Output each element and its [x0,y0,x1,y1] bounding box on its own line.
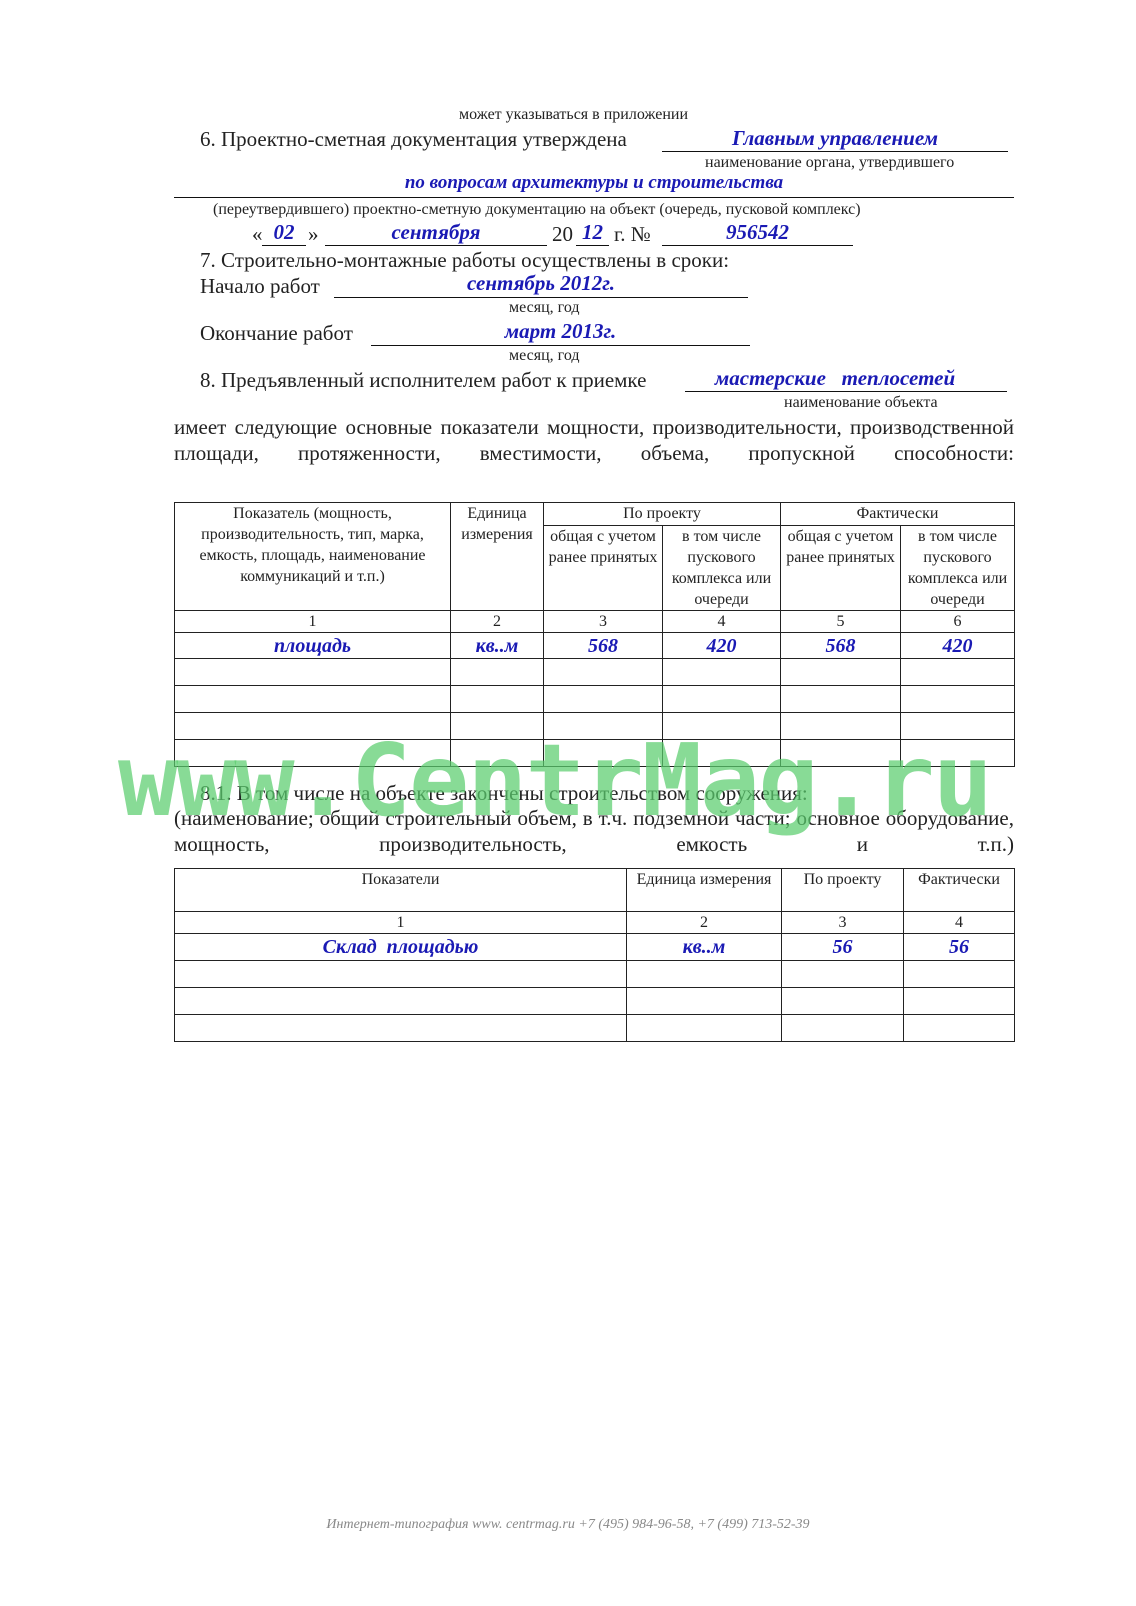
cell[interactable] [451,686,544,713]
header-project-incl: в том числе пускового комплекса или очер… [663,526,781,611]
cell[interactable] [901,659,1015,686]
col-num: 3 [544,611,663,633]
approver-hint-1: наименование органа, утвердившего [705,154,954,172]
cell[interactable] [663,686,781,713]
cell[interactable]: 420 [663,633,781,659]
cell[interactable] [782,1015,904,1042]
object-line [685,391,1007,392]
cell[interactable] [175,961,627,988]
month-field[interactable]: сентября [325,220,547,245]
end-date-field[interactable]: март 2013г. [371,319,750,344]
section-8-1-paragraph: (наименование; общий строительный объем,… [174,806,1014,857]
table-row [175,740,1015,767]
year-line [576,245,609,246]
start-label: Начало работ [200,274,320,299]
day-line [262,245,306,246]
capacity-indicators-table: Показатель (мощность, производительность… [174,502,1015,767]
cell[interactable] [175,659,451,686]
table-row [175,1015,1015,1042]
cell[interactable] [175,740,451,767]
object-hint: наименование объекта [784,394,938,412]
cell[interactable]: 568 [544,633,663,659]
cell[interactable] [544,659,663,686]
header-by-project: По проекту [544,503,781,526]
header-project-total: общая с учетом ранее принятых [544,526,663,611]
section-6-label: 6. Проектно-сметная документация утвержд… [200,127,627,152]
table-row [175,961,1015,988]
cell[interactable] [627,961,782,988]
cell[interactable] [175,686,451,713]
header-unit: Единица измерения [627,869,782,912]
cell[interactable] [663,740,781,767]
year-field[interactable]: 12 [576,220,609,245]
day-field[interactable]: 02 [262,220,306,245]
cell[interactable]: 56 [904,934,1015,961]
approver-line-2 [174,197,1014,198]
cell[interactable] [901,740,1015,767]
cell[interactable] [175,988,627,1015]
start-hint: месяц, год [509,299,580,317]
cell[interactable] [781,713,901,740]
header-actual-incl: в том числе пускового комплекса или очер… [901,526,1015,611]
col-num: 4 [663,611,781,633]
cell[interactable] [782,988,904,1015]
table-row [175,686,1015,713]
number-label: г. № [614,222,651,247]
table-row [175,713,1015,740]
header-actual: Фактически [904,869,1015,912]
end-label: Окончание работ [200,321,353,346]
approver-field-1[interactable]: Главным управлением [662,126,1008,151]
table-row [175,988,1015,1015]
cell[interactable] [781,740,901,767]
cell[interactable] [782,961,904,988]
approver-field-2[interactable]: по вопросам архитектуры и строительства [174,172,1014,194]
end-hint: месяц, год [509,347,580,365]
year-prefix: 20 [552,222,573,247]
doc-number-field[interactable]: 956542 [662,220,853,245]
approver-line-1 [662,151,1008,152]
cell[interactable] [544,686,663,713]
header-actual-total: общая с учетом ранее принятых [781,526,901,611]
header-indicators: Показатели [175,869,627,912]
month-line [325,245,547,246]
col-num: 4 [904,912,1015,934]
cell[interactable] [175,1015,627,1042]
date-open-quote: « [252,222,263,247]
cell[interactable]: 420 [901,633,1015,659]
cell[interactable] [451,740,544,767]
cell[interactable] [901,686,1015,713]
col-num: 6 [901,611,1015,633]
cell[interactable] [451,713,544,740]
object-name-field[interactable]: мастерские теплосетей [685,366,985,391]
footer-print-shop: Интернет-типография www. centrmag.ru +7 … [0,1517,1136,1533]
table-row: Склад площадью кв..м 56 56 [175,934,1015,961]
cell[interactable] [663,659,781,686]
cell[interactable] [904,1015,1015,1042]
cell[interactable] [904,988,1015,1015]
header-unit: Единица измерения [451,503,544,611]
table-row [175,659,1015,686]
cell[interactable] [544,740,663,767]
cell[interactable] [901,713,1015,740]
header-indicator: Показатель (мощность, производительность… [175,503,451,611]
cell[interactable]: кв..м [451,633,544,659]
col-num: 1 [175,912,627,934]
approver-hint-2: (переутвердившего) проектно-сметную доку… [213,201,861,219]
cell[interactable] [904,961,1015,988]
header-by-project: По проекту [782,869,904,912]
header-actual: Фактически [781,503,1015,526]
column-numbers-row: 1 2 3 4 [175,912,1015,934]
cell[interactable]: 568 [781,633,901,659]
cell[interactable]: Склад площадью [175,934,627,961]
column-numbers-row: 1 2 3 4 5 6 [175,611,1015,633]
cell[interactable]: 56 [782,934,904,961]
section-7-label: 7. Строительно-монтажные работы осуществ… [200,248,729,273]
cell[interactable]: кв..м [627,934,782,961]
col-num: 1 [175,611,451,633]
start-line [334,297,748,298]
cell[interactable] [175,713,451,740]
col-num: 2 [451,611,544,633]
date-close-quote: » [308,222,319,247]
cell[interactable] [663,713,781,740]
structures-table: Показатели Единица измерения По проекту … [174,868,1015,1042]
cell[interactable] [781,659,901,686]
table-row: площадь кв..м 568 420 568 420 [175,633,1015,659]
cell[interactable] [544,713,663,740]
col-num: 5 [781,611,901,633]
col-num: 3 [782,912,904,934]
cell[interactable] [451,659,544,686]
cell[interactable] [781,686,901,713]
appendix-note: может указываться в приложении [459,106,688,124]
cell[interactable]: площадь [175,633,451,659]
section-8-paragraph: имеет следующие основные показатели мощн… [174,415,1014,466]
end-line [371,345,750,346]
col-num: 2 [627,912,782,934]
cell[interactable] [627,1015,782,1042]
cell[interactable] [627,988,782,1015]
section-8-label: 8. Предъявленный исполнителем работ к пр… [200,368,646,393]
number-line [662,245,853,246]
start-date-field[interactable]: сентябрь 2012г. [334,271,748,296]
section-8-1-label: 8.1. В том числе на объекте закончены ст… [200,781,808,806]
